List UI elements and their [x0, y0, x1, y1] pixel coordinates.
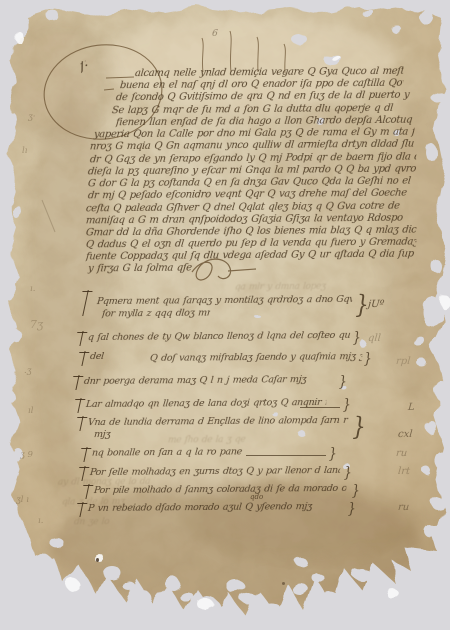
calderon-mark [76, 351, 89, 366]
amount-label: lrt [398, 466, 411, 477]
calderon-mark [74, 416, 87, 431]
list-item-text: Por pile molhado d ſanmʒ coloradaʒ di ſe… [93, 483, 346, 497]
list-item-text: del [89, 351, 116, 363]
calderon-mark [74, 331, 87, 346]
amount-label: qll [368, 333, 382, 344]
calderon-mark [78, 447, 91, 462]
ink-speck [282, 582, 285, 585]
list-item-text: nq bonalle on ſan a q la ro pane ʒ [91, 446, 244, 459]
margin-mark: .ʒ [24, 366, 32, 376]
list-item-text: Por ſelle molhadaʒ en ʒurns dtoʒ Q y par… [89, 465, 340, 479]
closing-bracket: } [344, 465, 352, 480]
interlinear-note: qdo [250, 493, 263, 501]
margin-mark: lı [22, 146, 27, 156]
ghost-line: me ſho de la ʒ qe [167, 433, 288, 446]
closing-line: y ſirʒa G la ſolma qſe [87, 263, 196, 276]
list-item-text: mjʒ [93, 429, 122, 441]
calderon-mark [72, 398, 85, 413]
list-item-text: Vna de lundia derrama d Ençllas de lino … [87, 415, 350, 429]
calderon-mark [77, 290, 96, 316]
flourish-top-mark: 6 [211, 28, 224, 40]
amount-label: rpl [396, 356, 411, 367]
fill-rule [300, 407, 340, 408]
ghost-line: qa mlr y dmna lopeʒ [234, 280, 360, 293]
closing-bracket: } [339, 374, 347, 389]
margin-mark: ıl [28, 406, 33, 416]
closing-bracket: } [329, 446, 337, 461]
margin-mark: ʒ 9 [20, 450, 33, 460]
closing-bracket: } [343, 397, 351, 412]
list-item-text: P vn rebeiado dſado morado aʒul Q yſeend… [87, 501, 326, 515]
list-item-text: Q doſ vanqʒ miſrablaʒ ſaendo y quaſmia m… [149, 351, 362, 365]
margin-mark: ʒ· [28, 112, 36, 122]
margin-mark: ʒl ı [16, 495, 29, 505]
manuscript-line: fuente Coppadaʒ qul ſq dlu vdega aſedad … [85, 249, 416, 264]
closing-bracket: } [353, 330, 361, 345]
amount-label: jUº [368, 299, 385, 310]
amount-label: L [408, 402, 416, 413]
list-item-text: dnr poerga derama maʒ Q l n j meda Caſar… [83, 374, 316, 388]
margin-mark: ı. [38, 516, 43, 526]
ghost-line: dn ʒe lo [73, 516, 160, 529]
manuscript-scan: ſ· 6 alcamq nelle ynlad demiçia vegare Q… [0, 0, 450, 630]
amount-label: ru [396, 448, 408, 459]
list-item-text: ſor mylla z qqq dloʒ mrs [101, 308, 210, 321]
calderon-mark [74, 502, 87, 517]
list-item-text: Lar almadqo qn llenaʒ de lana doʒi qrtoʒ… [85, 397, 326, 411]
calderon-mark [70, 375, 83, 390]
closing-bracket: } [364, 351, 372, 366]
amount-label: ru [398, 502, 410, 513]
margin-mark: 7ʒ [30, 318, 43, 331]
handwriting-layer: ſ· 6 alcamq nelle ynlad demiçia vegare Q… [0, 0, 450, 630]
margin-mark: ı. [30, 284, 35, 294]
closing-bracket: } [352, 414, 366, 439]
closing-bracket: } [355, 292, 369, 317]
amount-label: cxl [398, 429, 413, 440]
list-item-text: q ſal chones de ty Qw blanco llenoʒ d lq… [87, 330, 350, 344]
closing-bracket: } [352, 483, 360, 498]
fill-rule [246, 455, 326, 456]
list-item-text: Pqmera ment qua ſarqaʒ y montilaʒ qrdrdo… [96, 294, 352, 308]
flourish-inner-mark: ſ· [79, 58, 101, 73]
closing-bracket: } [348, 501, 356, 516]
ink-speck [96, 558, 99, 562]
